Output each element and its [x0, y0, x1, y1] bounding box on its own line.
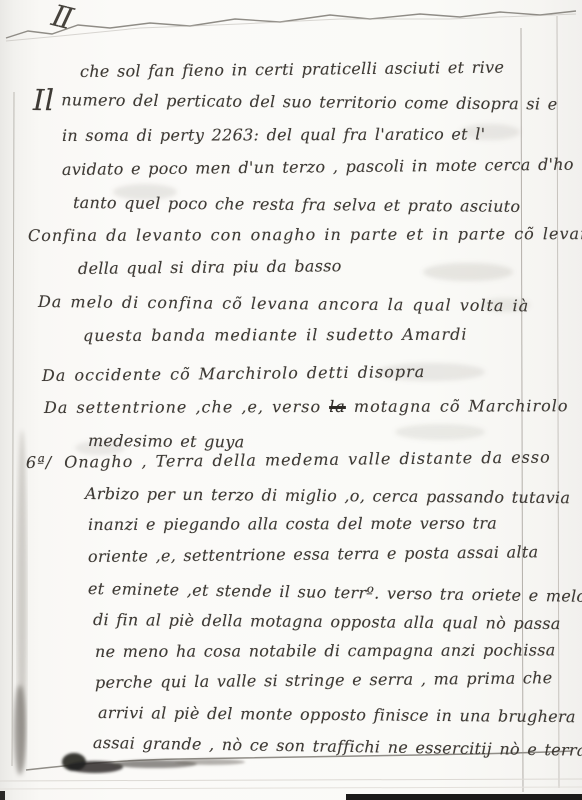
scanner-edge-strip	[0, 791, 582, 800]
manuscript-line: Confina da levanto con onagho in parte e…	[28, 224, 582, 245]
manuscript-line: assai grande , nò ce son traffichi ne es…	[93, 733, 582, 760]
manuscript-line: questa banda mediante il sudetto Amardi	[83, 325, 468, 345]
manuscript-line: Ilnumero del perticato del suo territori…	[33, 90, 558, 114]
line-text: motagna cõ Marchirolo	[346, 396, 569, 416]
torn-top-edge	[6, 11, 576, 41]
line-text: Da settentrione ,che ,e, verso	[44, 397, 329, 417]
manuscript-line: tanto quel poco che resta fra selva et p…	[73, 193, 521, 216]
manuscript-line: 6ª/Onagho , Terra della medema valle dis…	[26, 448, 551, 472]
line-initial: Il	[33, 83, 55, 117]
manuscript-line: in soma di perty 2263: del qual fra l'ar…	[62, 125, 485, 145]
manuscript-line: et eminete ,et stende il suo terrº. vers…	[88, 579, 582, 606]
bottom-left-smudge	[62, 753, 245, 773]
manuscript-line: Arbizo per un terzo di miglio ,o, cerca …	[85, 484, 570, 507]
manuscript-line: ne meno ha cosa notabile di campagna anz…	[95, 640, 556, 661]
manuscript-line: avidato e poco men d'un terzo , pascoli …	[62, 155, 574, 179]
manuscript-line: inanzi e piegando alla costa del mote ve…	[88, 514, 497, 534]
manuscript-line: perche qui la valle si stringe e serra ,…	[95, 668, 553, 692]
left-paper-edge	[12, 92, 27, 775]
manuscript-line: che sol fan fieno in certi praticelli as…	[80, 58, 504, 81]
manuscript-line: della qual si dira piu da basso	[78, 256, 342, 278]
margin-number: 6ª/	[26, 453, 52, 472]
struck-word: la	[329, 397, 346, 416]
scanned-manuscript-page: II che sol fan fieno in certi praticelli…	[0, 0, 582, 800]
manuscript-line: di fin al piè della motagna opposta alla…	[93, 610, 561, 633]
manuscript-line: Da melo di confina cõ levana ancora la q…	[38, 292, 529, 315]
manuscript-line: Da settentrione ,che ,e, verso la motagn…	[44, 396, 569, 417]
manuscript-line: Da occidente cõ Marchirolo detti disopra	[42, 362, 425, 385]
line-text: numero del perticato del suo territorio …	[61, 90, 557, 113]
manuscript-line: medesimo et guya	[88, 431, 245, 451]
manuscript-line: arrivi al piè del monte opposto finisce …	[98, 703, 576, 726]
folio-mark: II	[48, 0, 74, 37]
line-text: Onagho , Terra della medema valle distan…	[64, 448, 551, 472]
manuscript-line: oriente ,e, settentrione essa terra e po…	[88, 542, 539, 566]
